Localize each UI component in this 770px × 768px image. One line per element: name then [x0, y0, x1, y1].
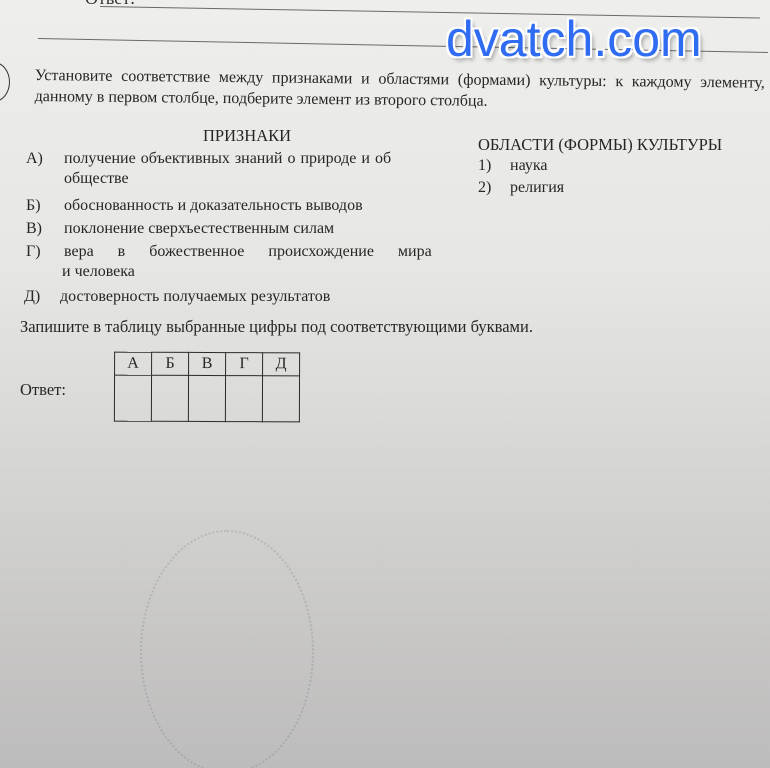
task-instruction: Установите соответствие между признаками… — [35, 65, 765, 115]
item-label: 2) — [478, 179, 491, 197]
answer-cell-d[interactable] — [262, 376, 299, 422]
item-label: 1) — [478, 157, 491, 175]
answer-cell-a[interactable] — [114, 375, 151, 421]
item-text-cont: и человека — [62, 262, 135, 282]
item-text: вера в божественное происхождение мира — [64, 242, 432, 262]
item-label: Д) — [24, 287, 40, 307]
answer-cell-g[interactable] — [225, 376, 262, 422]
header-cell-g: Г — [226, 353, 263, 376]
item-text: поклонение сверхъестественным силам — [64, 219, 334, 239]
answer-label: Ответ: — [20, 380, 66, 400]
header-cell-v: В — [189, 352, 226, 375]
item-label: В) — [26, 219, 42, 239]
header-cell-b: Б — [152, 352, 189, 375]
answer-table-value-row — [114, 375, 299, 422]
watermark: dvatch.com — [446, 14, 702, 64]
right-column-header: ОБЛАСТИ (ФОРМЫ) КУЛЬТУРЫ — [478, 135, 722, 155]
item-text: обоснованность и доказательность выводов — [64, 196, 363, 216]
item-text: получение объективных знаний о природе и… — [64, 149, 391, 169]
previous-answer-label: Ответ: — [85, 0, 135, 9]
item-text: религия — [510, 179, 564, 197]
task-number-circle — [0, 62, 10, 102]
item-text: наука — [510, 157, 547, 175]
item-label: Г) — [26, 242, 41, 262]
answer-cell-v[interactable] — [188, 375, 225, 421]
answer-table: А Б В Г Д — [114, 352, 300, 423]
item-text-cont: обществе — [64, 169, 129, 189]
header-cell-d: Д — [263, 353, 300, 376]
left-column-header: ПРИЗНАКИ — [203, 126, 291, 146]
answer-table-header-row: А Б В Г Д — [115, 352, 300, 376]
item-text: достоверность получаемых результатов — [60, 287, 330, 307]
answer-cell-b[interactable] — [151, 375, 188, 421]
header-cell-a: А — [115, 352, 152, 375]
item-label: Б) — [26, 196, 41, 216]
table-instruction: Запишите в таблицу выбранные цифры под с… — [20, 317, 533, 337]
faint-stamp-mark — [140, 530, 314, 768]
item-label: А) — [26, 149, 43, 169]
